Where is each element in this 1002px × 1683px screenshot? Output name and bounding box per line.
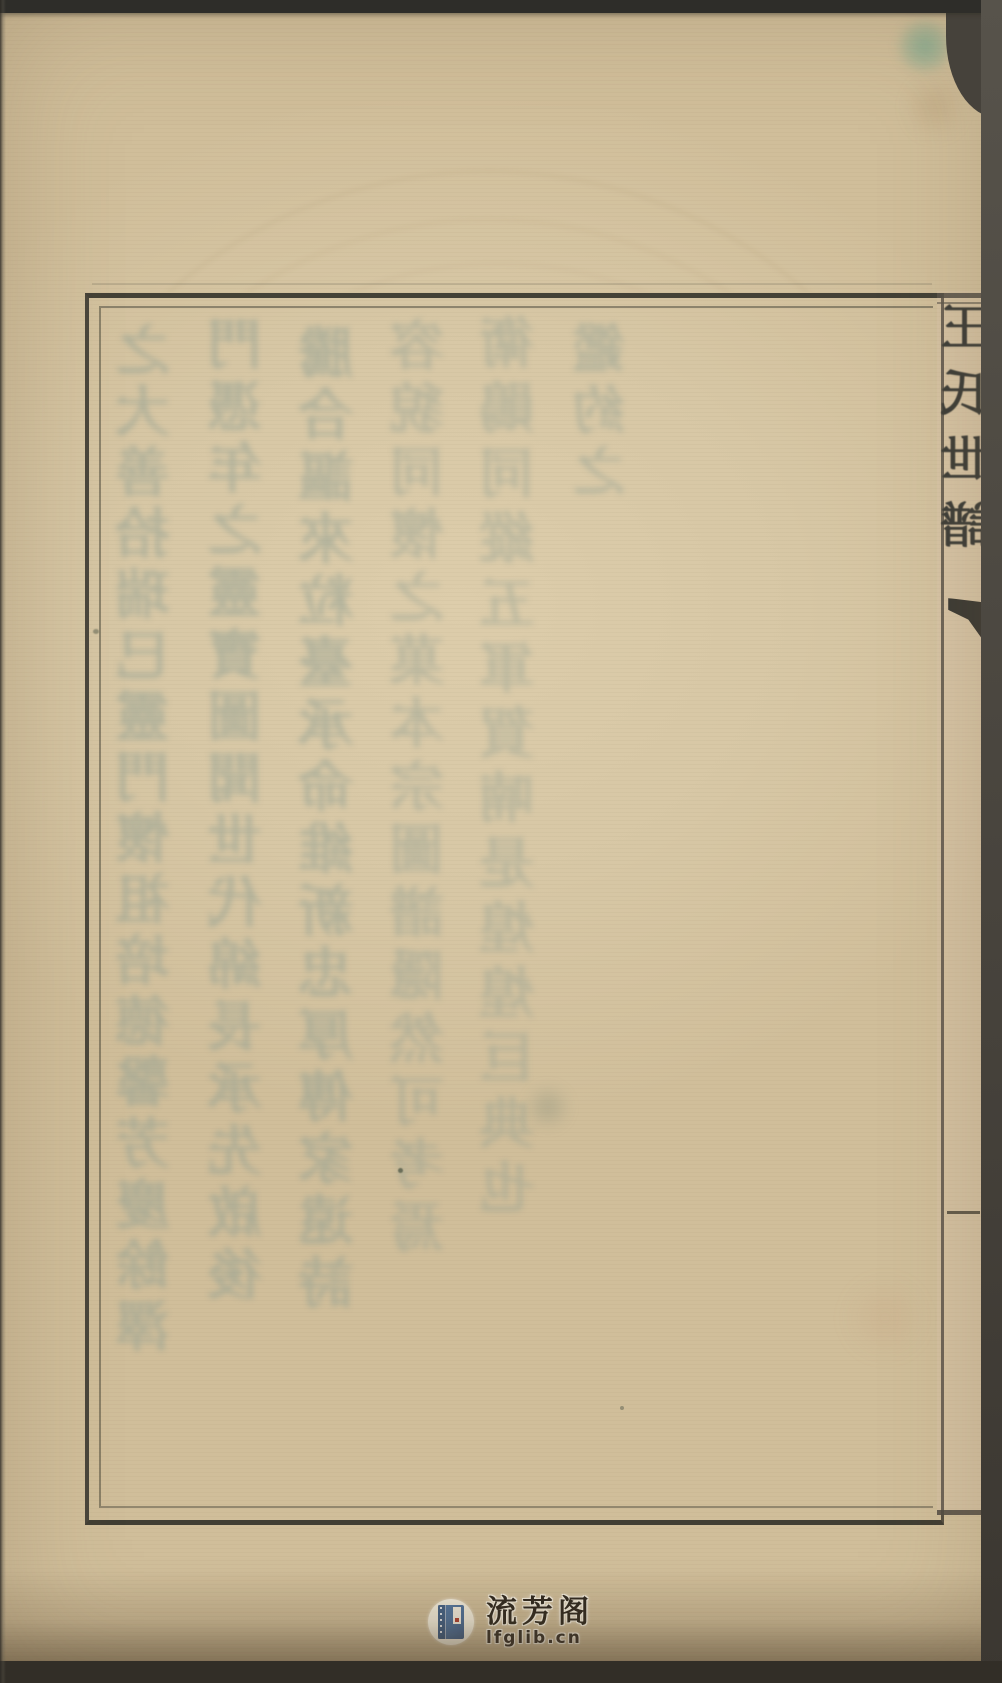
scan-left-edge	[0, 0, 6, 1683]
stain-ring	[55, 218, 921, 292]
stain-ring	[115, 262, 881, 292]
watermark: 流芳阁 lfglib.cn	[428, 1596, 594, 1647]
scan-top-edge	[0, 0, 1002, 13]
frame-show-through-line	[92, 283, 932, 285]
watermark-site-domain: lfglib.cn	[486, 1629, 594, 1647]
book-stitches	[440, 1607, 442, 1637]
watermark-badge	[428, 1599, 474, 1645]
brown-stain	[908, 72, 962, 142]
stitched-book-icon	[438, 1605, 464, 1639]
scanned-page: 之大善拾瑞巳靈門懷祖培德馨芳慶餘澤 門憑年之靈寶圖聞世代綿長承先啟後 騰合謳來粒…	[0, 0, 1002, 1683]
stain-ring	[5, 170, 971, 292]
spine-tick-line	[947, 1211, 980, 1214]
scan-bottom-edge	[0, 1661, 1002, 1683]
text-frame-inner-border	[99, 306, 933, 1508]
watermark-text: 流芳阁 lfglib.cn	[486, 1596, 594, 1647]
water-stain-rings	[0, 0, 1002, 292]
scan-right-edge	[981, 0, 1002, 1683]
book-red-seal	[455, 1618, 459, 1622]
watermark-site-name: 流芳阁	[486, 1596, 594, 1628]
